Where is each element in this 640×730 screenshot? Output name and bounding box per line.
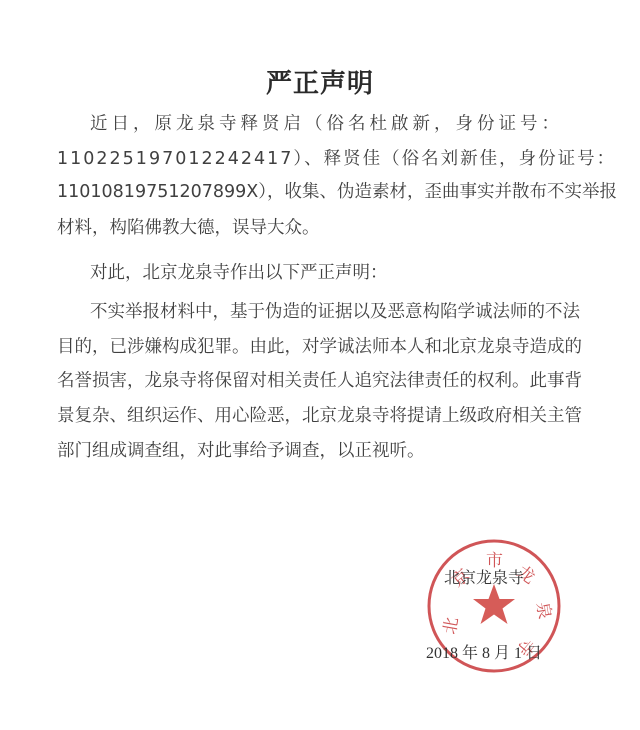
svg-text:北: 北 (440, 616, 463, 636)
paragraph-3-line-5: 部门组成调查组，对此事给予调查，以正视听。 (57, 439, 557, 463)
paragraph-1-line-3: 11010819751207899X），收集、伪造素材，歪曲事实并散布不实举报 (57, 180, 557, 204)
paragraph-3-line-1: 不实举报材料中，基于伪造的证据以及恶意构陷学诚法师的不法 (90, 300, 557, 324)
paragraph-1-line-2: 110225197012242417）、释贤佳（俗名刘新佳，身份证号： (57, 147, 557, 171)
paragraph-2-line-1: 对此，北京龙泉寺作出以下严正声明： (90, 261, 557, 285)
paragraph-3-line-3: 名誉损害，龙泉寺将保留对相关责任人追究法律责任的权利。此事背 (57, 369, 557, 393)
paragraph-1-line-1: 近日，原龙泉寺释贤启（俗名杜啟新，身份证号： (90, 112, 557, 136)
paragraph-3-line-2: 目的，已涉嫌构成犯罪。由此，对学诚法师本人和北京龙泉寺造成的 (57, 335, 557, 359)
svg-text:泉: 泉 (532, 601, 555, 621)
paragraph-1-line-4: 材料，构陷佛教大德，误导大众。 (57, 216, 557, 240)
document-title: 严正声明 (0, 63, 640, 100)
paragraph-3-line-4: 景复杂、组织运作、用心险恶，北京龙泉寺将提请上级政府相关主管 (57, 404, 557, 428)
star-icon (473, 584, 515, 624)
document-date: 2018 年 8 月 1 日 (426, 640, 542, 663)
signature: 北京龙泉寺 (444, 565, 524, 588)
